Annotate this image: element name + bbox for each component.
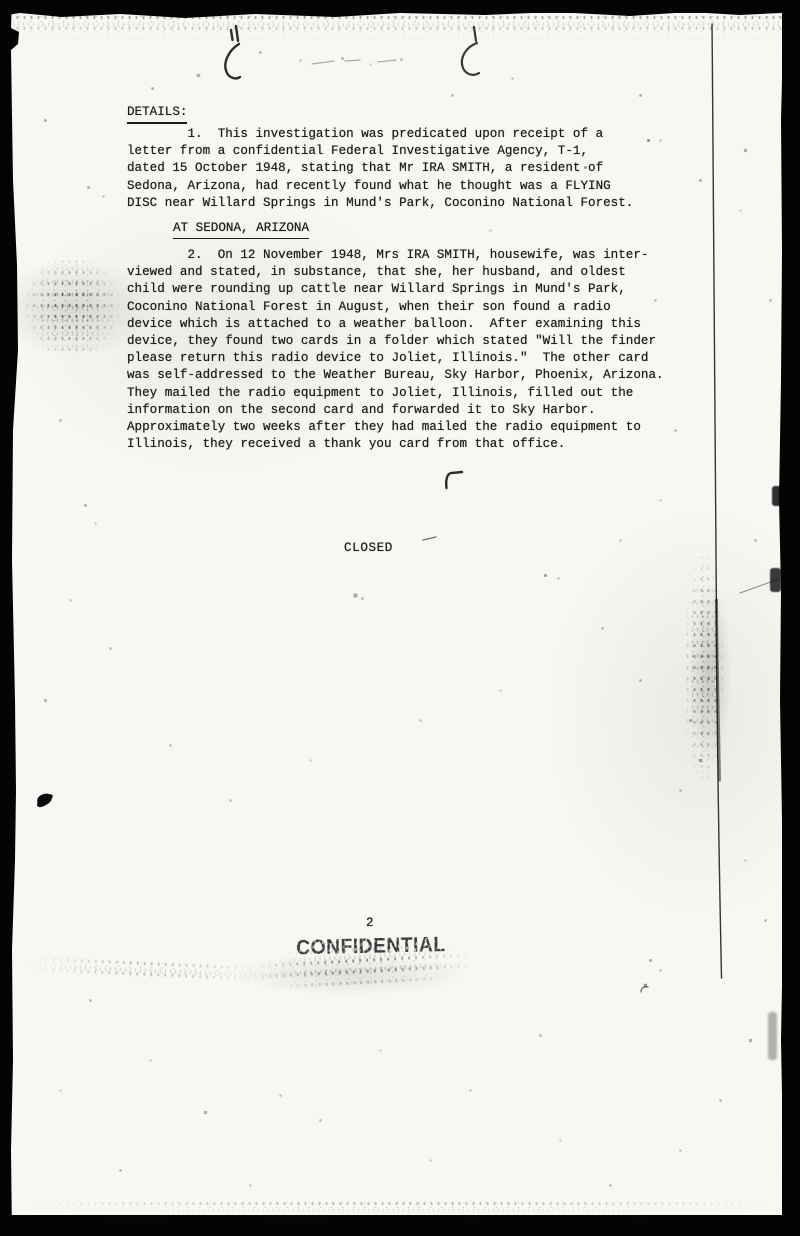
paragraph-1: 1. This investigation was predicated upo… [127, 126, 633, 212]
scan-artifact-right-edge-3 [768, 1012, 777, 1060]
page-number: 2 [366, 915, 374, 932]
smudge-cloud-left-margin [24, 256, 120, 360]
confidential-stamp: CONFIDENTIAL [296, 933, 446, 961]
scan-edge-noise-top [0, 12, 800, 42]
smudge-cloud-right-crease [684, 552, 724, 784]
scanned-document-page: DETAILS: 1. This investigation was predi… [0, 0, 800, 1236]
section-heading-sedona: AT SEDONA, ARIZONA [173, 220, 309, 239]
scan-artifact-right-edge-2 [770, 568, 781, 592]
paragraph-2: 2. On 12 November 1948, Mrs IRA SMITH, h… [127, 247, 664, 453]
details-heading: DETAILS: [127, 104, 187, 124]
scan-edge-noise-bottom [15, 1198, 785, 1214]
closed-label: CLOSED [344, 540, 393, 557]
